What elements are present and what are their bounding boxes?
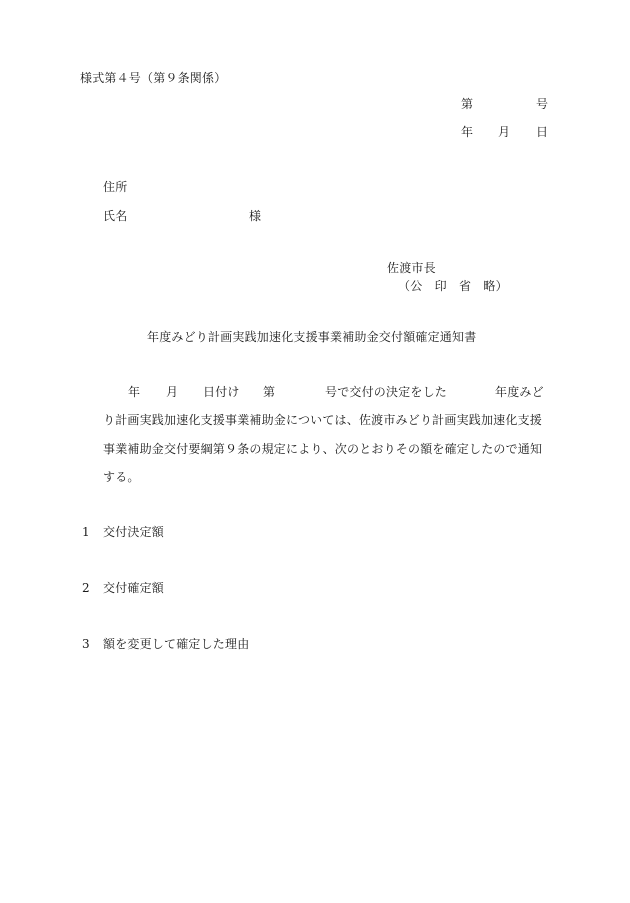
issuer-name: 佐渡市長 (387, 261, 436, 275)
body-month: 月 (166, 385, 178, 399)
name-label: 氏名 (103, 209, 127, 223)
date-day: 日 (536, 125, 548, 139)
item-number: 3 (82, 637, 90, 651)
item-number: 1 (82, 525, 90, 539)
date-year: 年 (461, 125, 473, 139)
body-line-4: する。 (103, 470, 140, 484)
item-label-decided-amount: 交付決定額 (103, 525, 164, 539)
body-day-dated: 日付け (203, 385, 240, 399)
seal-omitted-note: （公 印 省 略） (398, 279, 508, 293)
body-line-3: 事業補助金交付要綱第９条の規定により、次のとおりその額を確定したので通知 (103, 442, 542, 456)
honorific: 様 (249, 209, 261, 223)
reference-dai: 第 (461, 97, 473, 111)
item-label-confirmed-amount: 交付確定額 (103, 581, 164, 595)
reference-go: 号 (536, 97, 548, 111)
body-year: 年 (128, 385, 140, 399)
date-month: 月 (498, 125, 510, 139)
address-label: 住所 (103, 180, 127, 194)
body-line-2: り計画実践加速化支援事業補助金については、佐渡市みどり計画実践加速化支援 (103, 413, 542, 427)
body-fiscal-year: 年度みど (495, 385, 544, 399)
body-dai: 第 (263, 385, 275, 399)
document-title: 年度みどり計画実践加速化支援事業補助金交付額確定通知書 (147, 330, 476, 344)
body-decision-text: 号で交付の決定をした (325, 385, 447, 399)
item-number: 2 (82, 581, 90, 595)
item-label-change-reason: 額を変更して確定した理由 (103, 637, 249, 651)
form-number: 様式第４号（第９条関係） (80, 71, 226, 85)
